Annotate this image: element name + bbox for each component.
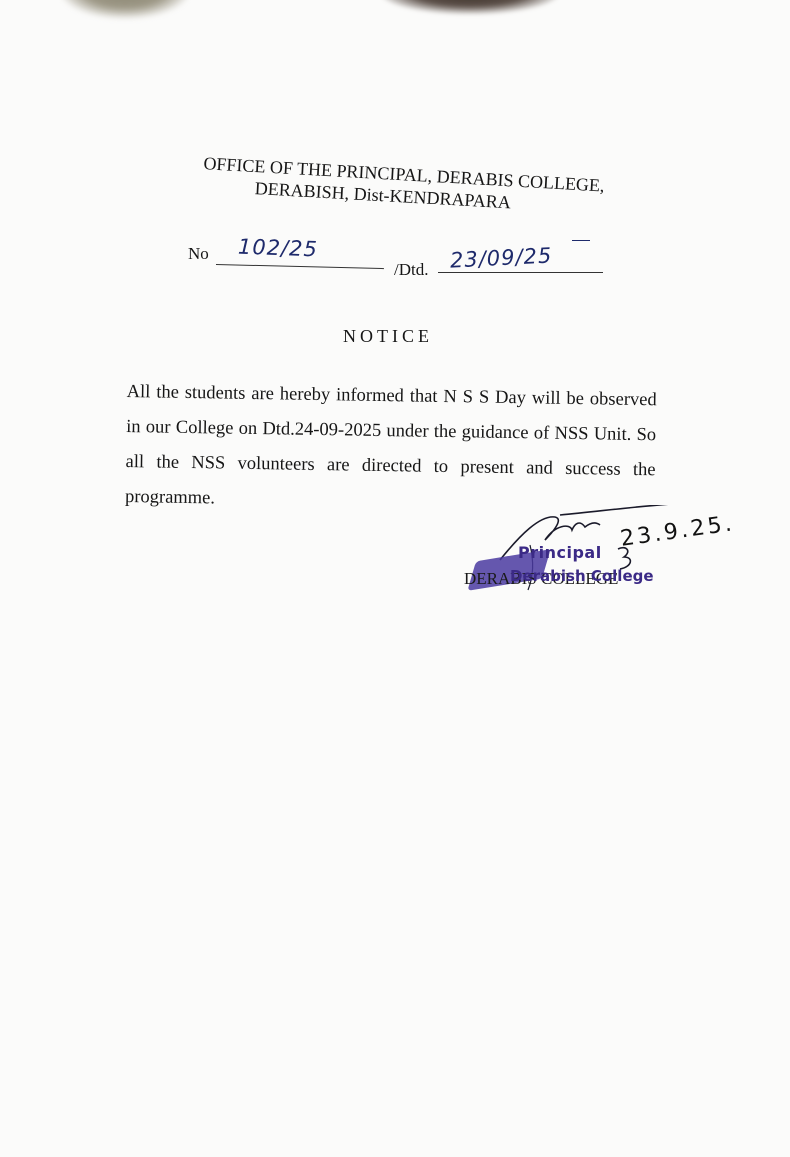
- reference-date-value: 23/09/25: [449, 243, 552, 272]
- reference-no-underline: [216, 264, 384, 269]
- reference-line: No 102/25 /Dtd. 23/09/25: [188, 240, 608, 276]
- finger-shadow-right: [380, 0, 560, 14]
- signature-block: DERABIS COLLEGE Principal Derabish Colle…: [460, 505, 780, 605]
- finger-shadow-left: [60, 0, 190, 18]
- reference-date-label: /Dtd.: [394, 260, 428, 280]
- letterhead: OFFICE OF THE PRINCIPAL, DERABIS COLLEGE…: [163, 150, 645, 221]
- handwritten-dash: [572, 240, 590, 241]
- stamp-principal: Principal: [518, 543, 602, 562]
- reference-date-underline: [438, 272, 603, 273]
- reference-no-label: No: [188, 244, 209, 264]
- reference-no-value: 102/25: [238, 235, 319, 262]
- notice-body: All the students are hereby informed tha…: [125, 375, 657, 523]
- notice-title: NOTICE: [343, 326, 433, 347]
- stamp-college: Derabish College: [510, 567, 654, 585]
